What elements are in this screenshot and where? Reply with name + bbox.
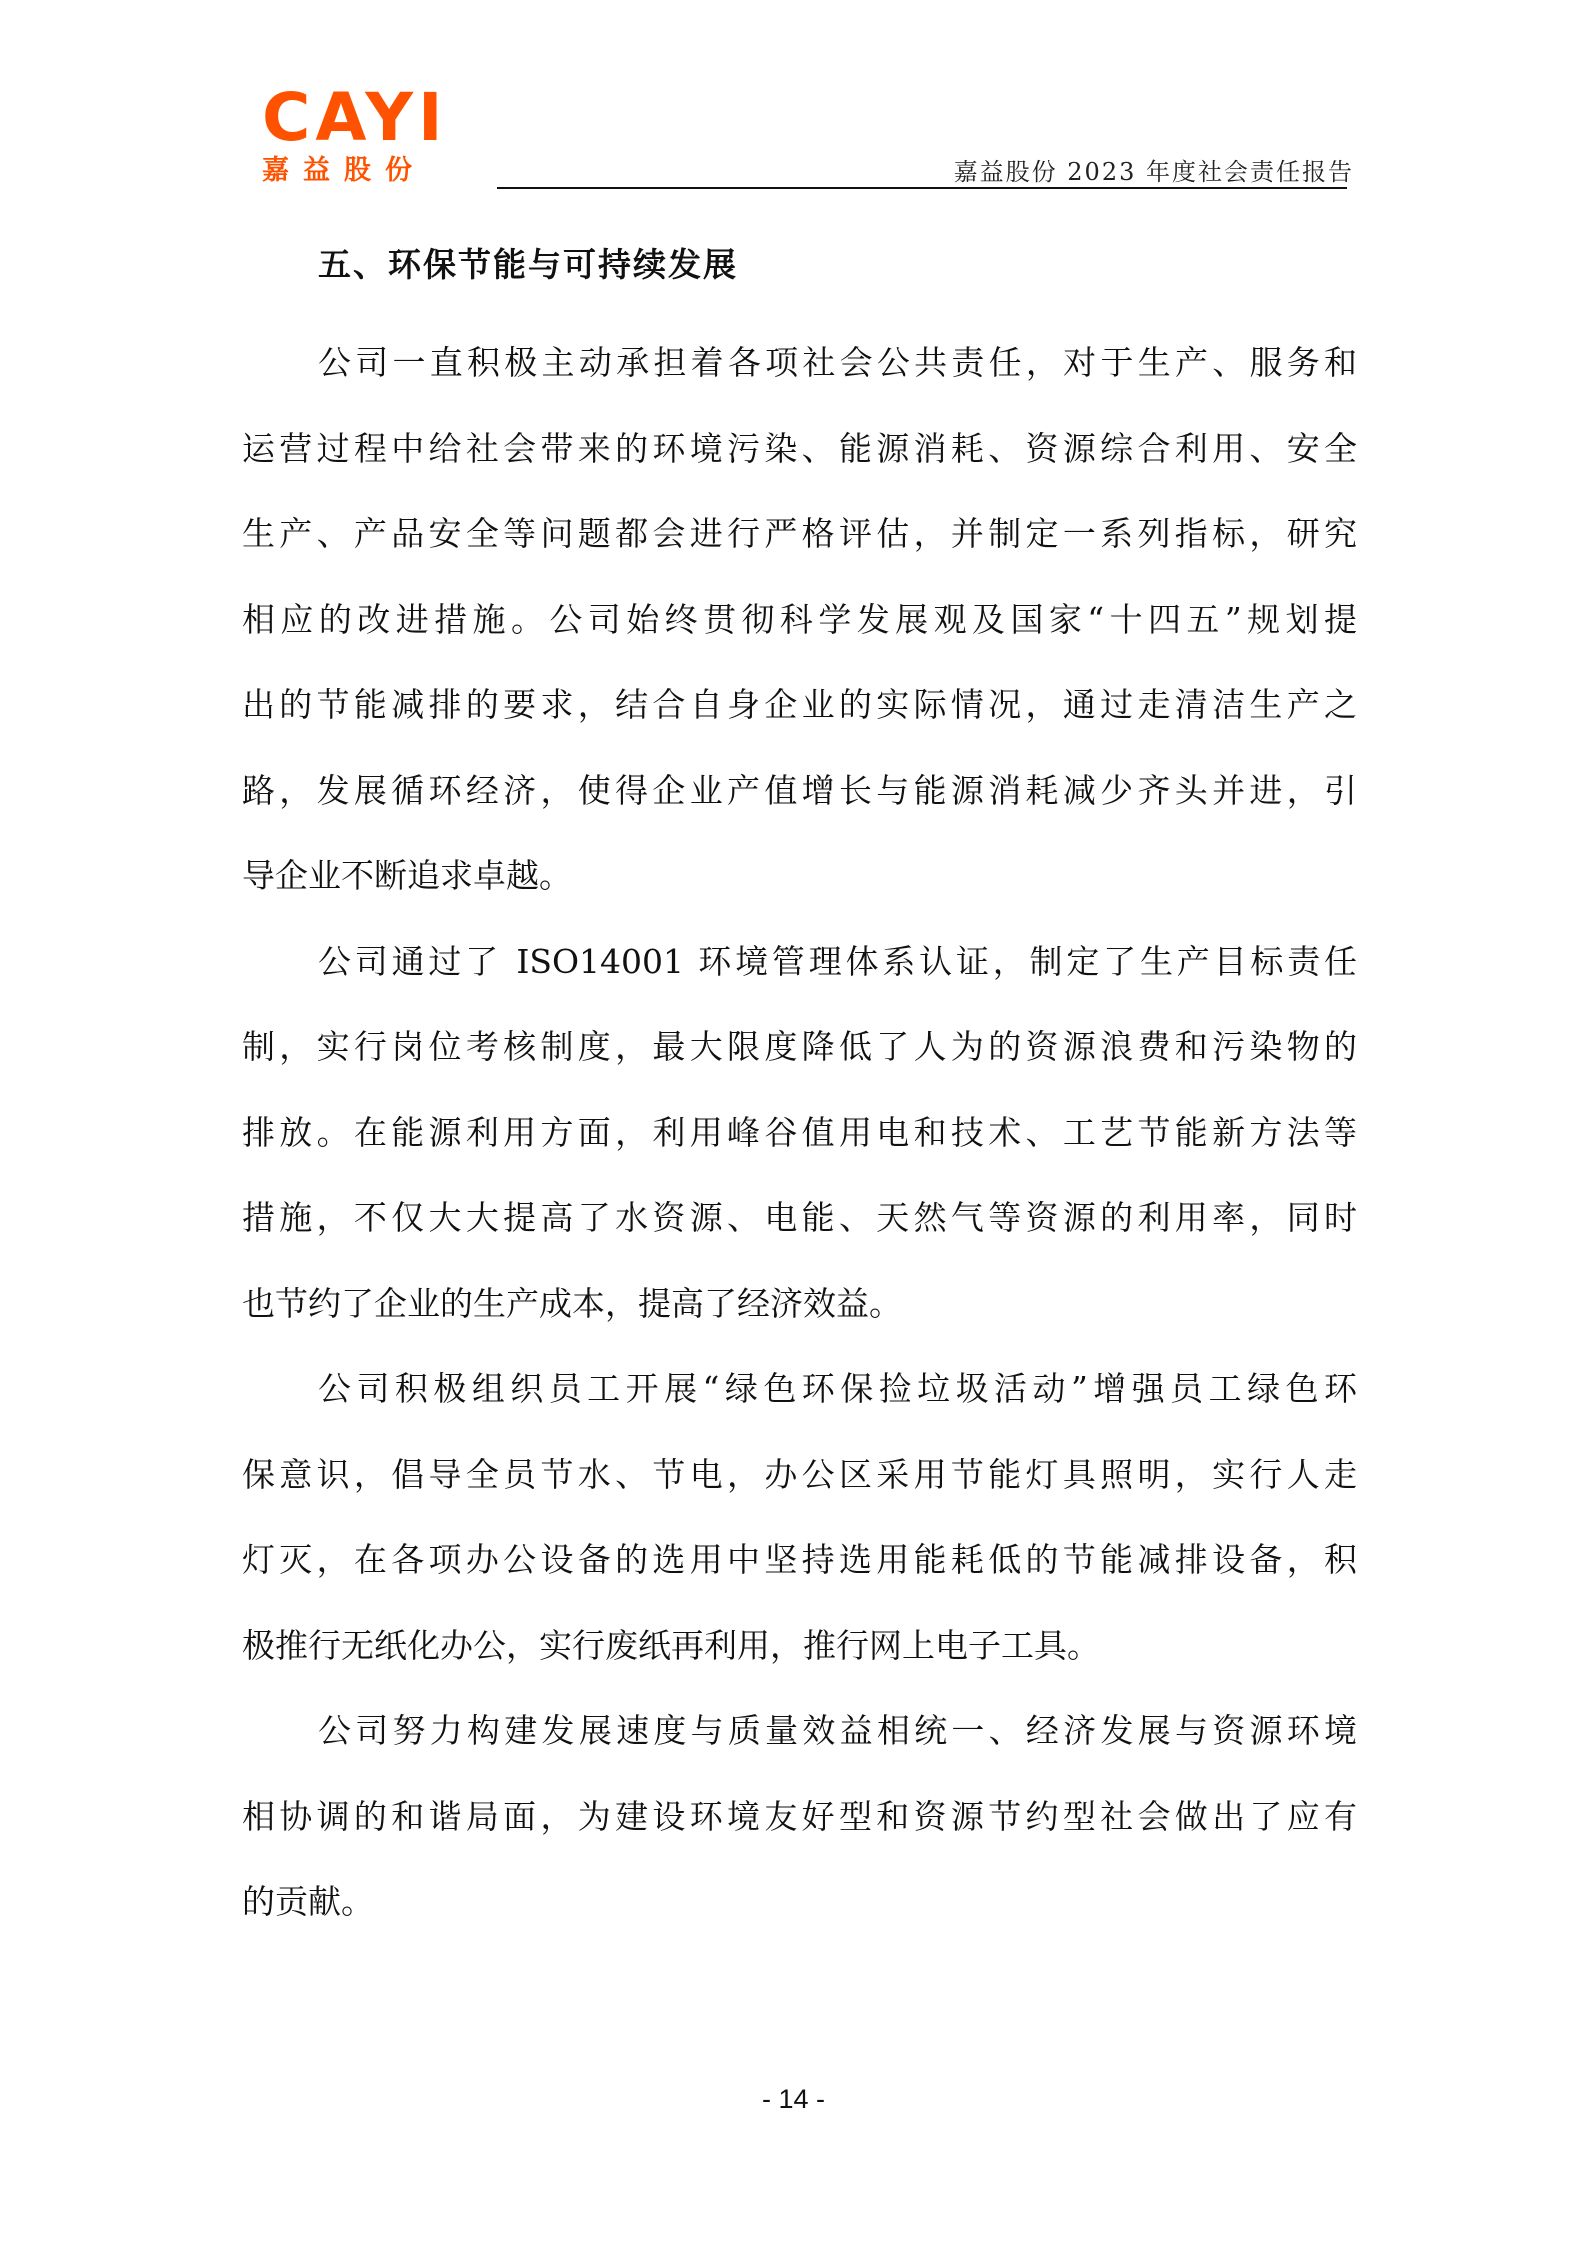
text-line: 路，发展循环经济，使得企业产值增长与能源消耗减少齐头并进，引 (242, 748, 1357, 834)
text-line: 导企业不断追求卓越。 (242, 833, 1357, 919)
text-line: 排放。在能源利用方面，利用峰谷值用电和技术、工艺节能新方法等 (242, 1090, 1357, 1176)
paragraph: 公司积极组织员工开展“绿色环保捡垃圾活动”增强员工绿色环 保意识，倡导全员节水、… (242, 1346, 1357, 1688)
text-line: 公司通过了 ISO14001 环境管理体系认证，制定了生产目标责任 (242, 919, 1357, 1005)
text-line: 公司一直积极主动承担着各项社会公共责任，对于生产、服务和 (242, 320, 1357, 406)
text-line: 公司努力构建发展速度与质量效益相统一、经济发展与资源环境 (242, 1688, 1357, 1774)
report-header-title: 嘉益股份 2023 年度社会责任报告 (954, 158, 1354, 186)
text-line: 生产、产品安全等问题都会进行严格评估，并制定一系列指标，研究 (242, 491, 1357, 577)
paragraph: 公司一直积极主动承担着各项社会公共责任，对于生产、服务和 运营过程中给社会带来的… (242, 320, 1357, 919)
text-line: 极推行无纸化办公，实行废纸再利用，推行网上电子工具。 (242, 1603, 1357, 1689)
text-line: 的贡献。 (242, 1859, 1357, 1945)
paragraph: 公司努力构建发展速度与质量效益相统一、经济发展与资源环境 相协调的和谐局面，为建… (242, 1688, 1357, 1945)
text-line: 保意识，倡导全员节水、节电，办公区采用节能灯具照明，实行人走 (242, 1432, 1357, 1518)
page-number: - 14 - (0, 2084, 1587, 2114)
section-heading: 五、环保节能与可持续发展 (318, 240, 738, 290)
text-line: 灯灭，在各项办公设备的选用中坚持选用能耗低的节能减排设备，积 (242, 1517, 1357, 1603)
paragraph: 公司通过了 ISO14001 环境管理体系认证，制定了生产目标责任 制，实行岗位… (242, 919, 1357, 1347)
logo-company-name: 嘉益股份 (262, 154, 462, 188)
text-line: 出的节能减排的要求，结合自身企业的实际情况，通过走清洁生产之 (242, 662, 1357, 748)
text-line: 措施，不仅大大提高了水资源、电能、天然气等资源的利用率，同时 (242, 1175, 1357, 1261)
text-line: 也节约了企业的生产成本，提高了经济效益。 (242, 1261, 1357, 1347)
text-line: 运营过程中给社会带来的环境污染、能源消耗、资源综合利用、安全 (242, 406, 1357, 492)
header-divider (497, 187, 1347, 189)
company-logo: CAYI 嘉益股份 (262, 88, 462, 188)
text-line: 相应的改进措施。公司始终贯彻科学发展观及国家“十四五”规划提 (242, 577, 1357, 663)
text-line: 制，实行岗位考核制度，最大限度降低了人为的资源浪费和污染物的 (242, 1004, 1357, 1090)
logo-brand-text: CAYI (262, 88, 462, 148)
text-line: 公司积极组织员工开展“绿色环保捡垃圾活动”增强员工绿色环 (242, 1346, 1357, 1432)
text-line: 相协调的和谐局面，为建设环境友好型和资源节约型社会做出了应有 (242, 1774, 1357, 1860)
section-body: 公司一直积极主动承担着各项社会公共责任，对于生产、服务和 运营过程中给社会带来的… (242, 320, 1357, 1945)
